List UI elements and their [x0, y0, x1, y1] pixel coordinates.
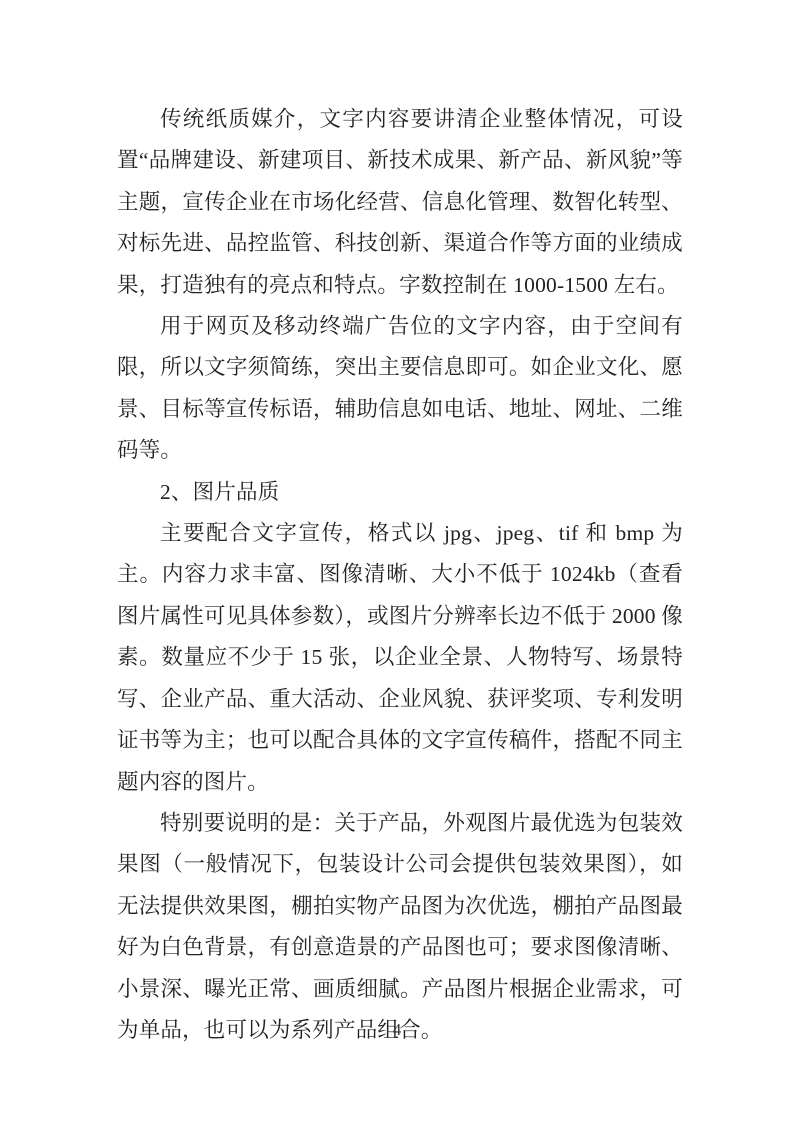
paragraph-print-media-text: 传统纸质媒介，文字内容要讲清企业整体情况，可设置“品牌建设、新建项目、新技术成果…	[117, 99, 683, 306]
page-number: 4	[0, 1018, 794, 1042]
paragraph-image-requirements: 主要配合文字宣传，格式以 jpg、jpeg、tif 和 bmp 为主。内容力求丰…	[117, 513, 683, 803]
paragraph-product-image-notes: 特别要说明的是：关于产品，外观图片最优选为包装效果图（一般情况下，包装设计公司会…	[117, 803, 683, 1051]
paragraph-web-ad-text: 用于网页及移动终端广告位的文字内容，由于空间有限，所以文字须简练，突出主要信息即…	[117, 306, 683, 472]
section-heading-image-quality: 2、图片品质	[117, 472, 683, 513]
document-page: 传统纸质媒介，文字内容要讲清企业整体情况，可设置“品牌建设、新建项目、新技术成果…	[0, 0, 794, 1123]
document-body: 传统纸质媒介，文字内容要讲清企业整体情况，可设置“品牌建设、新建项目、新技术成果…	[117, 99, 683, 1051]
